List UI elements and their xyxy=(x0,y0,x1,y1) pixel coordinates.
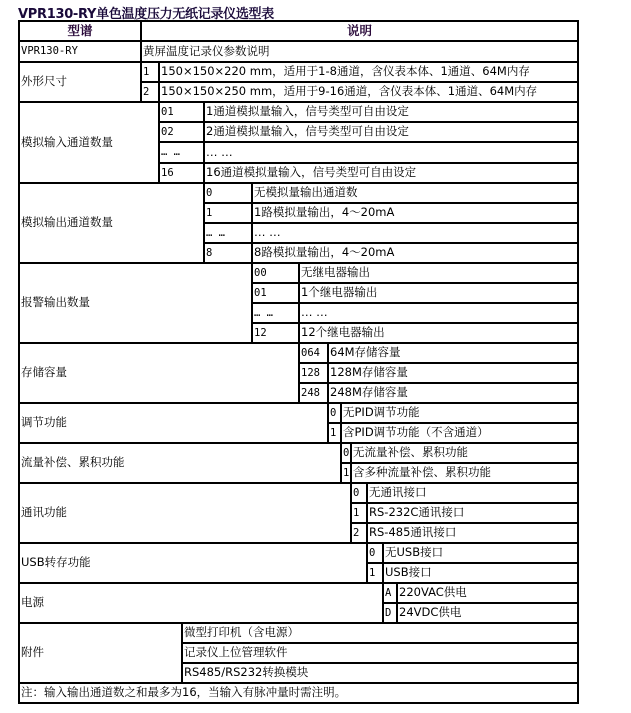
option-description: USB接口 xyxy=(382,562,579,584)
option-description: 128M存储容量 xyxy=(327,362,579,384)
option-description: 2通道模拟量输入，信号类型可自由设定 xyxy=(203,121,579,143)
option-description: 无流量补偿、累积功能 xyxy=(350,442,579,464)
section-name: 外形尺寸 xyxy=(18,61,142,103)
option-description: 含多种流量补偿、累积功能 xyxy=(350,462,579,484)
option-description: 无USB接口 xyxy=(382,542,579,564)
section-name: 报警输出数量 xyxy=(18,262,253,344)
accessories-label: 附件 xyxy=(18,622,183,684)
option-description: 无继电器输出 xyxy=(298,262,579,284)
option-code: 1 xyxy=(203,202,253,224)
option-description: 12个继电器输出 xyxy=(298,322,579,344)
model-code: VPR130-RY xyxy=(18,40,142,63)
option-description: RS-232C通讯接口 xyxy=(366,502,579,524)
section-name: 流量补偿、累积功能 xyxy=(18,442,342,484)
section-name: 通讯功能 xyxy=(18,482,352,544)
option-description: … … xyxy=(298,302,579,324)
option-code: 12 xyxy=(251,322,300,344)
option-description: 24VDC供电 xyxy=(396,602,579,624)
option-code: … … xyxy=(158,141,205,164)
header-model: 型谱 xyxy=(18,20,142,42)
option-description: 64M存储容量 xyxy=(327,342,579,364)
option-description: 150×150×220 mm，适用于1-8通道，含仪表本体、1通道、64M内存 xyxy=(158,61,579,83)
option-description: 无PID调节功能 xyxy=(340,402,579,424)
section-name: USB转存功能 xyxy=(18,542,368,584)
option-code: … … xyxy=(203,222,253,244)
option-code: 00 xyxy=(251,262,300,284)
option-code: 064 xyxy=(298,342,329,364)
option-code: 01 xyxy=(158,101,205,123)
option-code: 01 xyxy=(251,282,300,304)
option-description: 1通道模拟量输入，信号类型可自由设定 xyxy=(203,101,579,123)
option-code: 16 xyxy=(158,162,205,184)
option-code: 128 xyxy=(298,362,329,384)
option-description: 含PID调节功能（不含通道） xyxy=(340,422,579,444)
section-name: 模拟输出通道数量 xyxy=(18,182,205,264)
section-name: 调节功能 xyxy=(18,402,329,444)
section-name: 电源 xyxy=(18,582,384,624)
accessory-item: RS485/RS232转换模块 xyxy=(181,662,579,684)
option-description: … … xyxy=(203,141,579,164)
option-code: 02 xyxy=(158,121,205,143)
section-name: 存储容量 xyxy=(18,342,300,404)
option-description: 8路模拟量输出，4～20mA xyxy=(251,242,579,264)
option-code: 2 xyxy=(140,81,160,103)
option-description: 150×150×250 mm，适用于9-16通道，含仪表本体、1通道、64M内存 xyxy=(158,81,579,103)
option-code: … … xyxy=(251,302,300,324)
option-code: 248 xyxy=(298,382,329,404)
option-description: 无通讯接口 xyxy=(366,482,579,504)
option-code: 1 xyxy=(140,61,160,83)
option-description: 1路模拟量输出，4～20mA xyxy=(251,202,579,224)
option-description: 16通道模拟量输入，信号类型可自由设定 xyxy=(203,162,579,184)
option-code: 0 xyxy=(203,182,253,204)
option-description: … … xyxy=(251,222,579,244)
accessory-item: 微型打印机（含电源） xyxy=(181,622,579,644)
accessory-item: 记录仪上位管理软件 xyxy=(181,642,579,664)
option-description: 无模拟量输出通道数 xyxy=(251,182,579,204)
option-description: 220VAC供电 xyxy=(396,582,579,604)
table-note: 注：输入输出通道数之和最多为16，当输入有脉冲量时需注明。 xyxy=(18,682,579,704)
selection-table: 型谱说明VPR130-RY黄屏温度记录仪参数说明外形尺寸1150×150×220… xyxy=(0,0,631,713)
model-description: 黄屏温度记录仪参数说明 xyxy=(140,40,579,63)
header-description: 说明 xyxy=(140,20,579,42)
option-description: 248M存储容量 xyxy=(327,382,579,404)
option-description: RS-485通讯接口 xyxy=(366,522,579,544)
section-name: 模拟输入通道数量 xyxy=(18,101,160,184)
option-description: 1个继电器输出 xyxy=(298,282,579,304)
option-code: 8 xyxy=(203,242,253,264)
